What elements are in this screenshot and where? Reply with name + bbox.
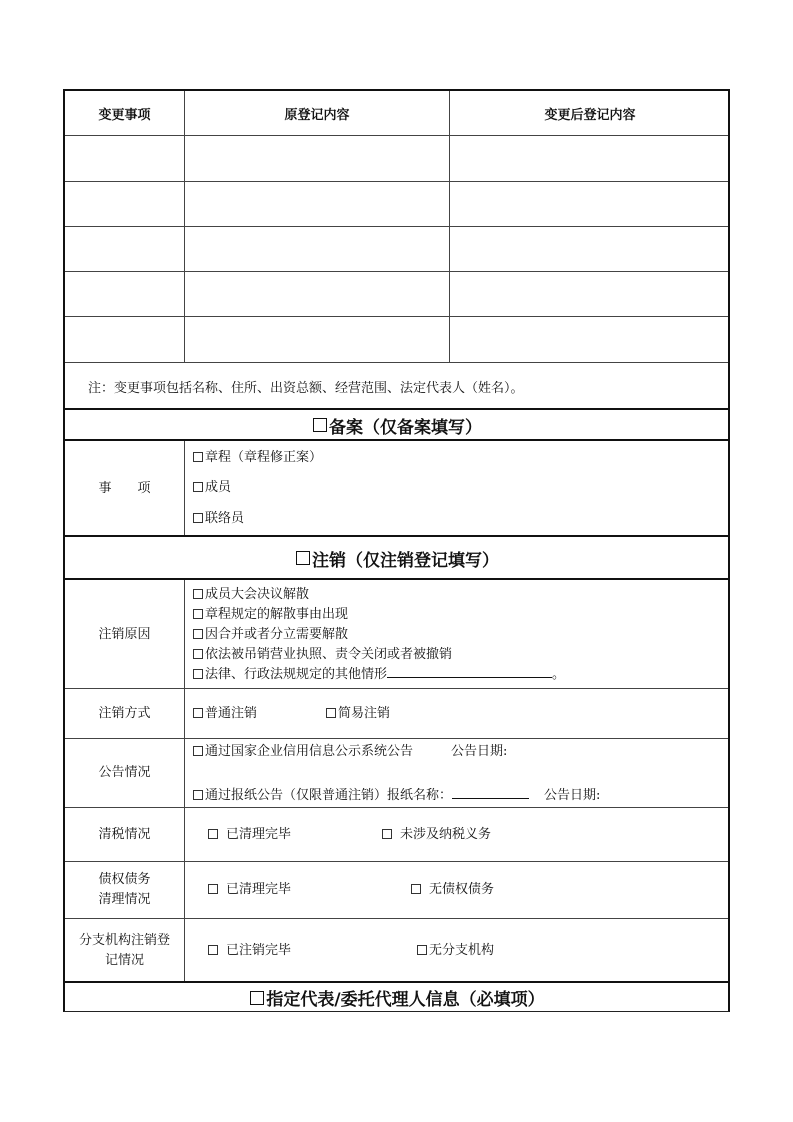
option-label: 章程规定的解散事由出现 [205,607,348,622]
tax-clearance-options: 已清理完毕 未涉及纳税义务 [208,808,728,861]
tax-clearance-label: 清税情况 [65,808,184,861]
change-row-3-item[interactable] [65,227,184,272]
cancellation-section-checkbox[interactable] [296,551,310,565]
change-row-5-original[interactable] [185,317,449,362]
change-row-1-new[interactable] [450,136,730,181]
checkbox-icon[interactable] [193,589,203,599]
change-row-1-original[interactable] [185,136,449,181]
option-label: 成员大会决议解散 [205,587,309,602]
checkbox-icon[interactable] [193,513,203,523]
checkbox-icon[interactable] [326,708,336,718]
branch-cancellation-label: 分支机构注销登 记情况 [65,919,184,982]
cancellation-section-title: 注销（仅注销登记填写） [312,546,499,571]
tax-option-cleared[interactable]: 已清理完毕 [208,825,382,845]
checkbox-icon[interactable] [193,609,203,619]
option-label: 已清理完毕 [226,882,291,897]
option-label: 普通注销 [205,706,257,721]
agent-section-title: 指定代表/委托代理人信息（必填项） [266,985,544,1010]
cancellation-method-options: 普通注销 简易注销 [193,689,723,738]
change-row-2-item[interactable] [65,182,184,227]
option-label: 联络员 [205,511,244,526]
checkbox-icon[interactable] [193,790,203,800]
checkbox-icon[interactable] [208,829,218,839]
checkbox-icon[interactable] [193,746,203,756]
filing-options: 章程（章程修正案） 成员 联络员 [193,441,723,536]
debt-option-cleared[interactable]: 已清理完毕 [208,880,411,900]
announcement-options: 通过国家企业信用信息公示系统公告公告日期: 通过报纸公告（仅限普通注销）报纸名称… [193,739,728,807]
filing-option-articles[interactable]: 章程（章程修正案） [193,448,322,468]
cancellation-section-header[interactable]: 注销（仅注销登记填写） [65,537,730,579]
change-row-1-item[interactable] [65,136,184,181]
method-option-normal[interactable]: 普通注销 [193,704,326,724]
checkbox-icon[interactable] [193,452,203,462]
change-row-4-new[interactable] [450,272,730,317]
agent-section-header[interactable]: 指定代表/委托代理人信息（必填项） [65,983,730,1012]
branch-option-none[interactable]: 无分支机构 [417,941,494,961]
cancellation-reason-label: 注销原因 [65,580,184,689]
form-table: 变更事项 原登记内容 变更后登记内容 注：变更事项包括名称、住所、出资总额、经营… [63,89,730,1012]
checkbox-icon[interactable] [193,669,203,679]
checkbox-icon[interactable] [382,829,392,839]
reason-option-articles-cause[interactable]: 章程规定的解散事由出现 [193,605,348,625]
form-page: 变更事项 原登记内容 变更后登记内容 注：变更事项包括名称、住所、出资总额、经营… [0,0,793,1122]
checkbox-icon[interactable] [208,945,218,955]
header-change-item: 变更事项 [65,91,184,136]
change-row-5-new[interactable] [450,317,730,362]
option-label: 依法被吊销营业执照、责令关闭或者被撤销 [205,647,452,662]
reason-option-merger-split[interactable]: 因合并或者分立需要解散 [193,625,348,645]
change-row-3-new[interactable] [450,227,730,272]
checkbox-icon[interactable] [208,884,218,894]
tax-option-none[interactable]: 未涉及纳税义务 [382,825,491,845]
debt-option-none[interactable]: 无债权债务 [411,880,494,900]
reason-option-revoked[interactable]: 依法被吊销营业执照、责令关闭或者被撤销 [193,645,452,665]
option-label: 已清理完毕 [226,827,291,842]
filing-section-checkbox[interactable] [313,418,327,432]
label-line: 分支机构注销登 [79,931,170,951]
debt-clearance-options: 已清理完毕 无债权债务 [208,862,728,918]
option-label: 章程（章程修正案） [205,450,322,465]
checkbox-icon[interactable] [193,708,203,718]
filing-option-members[interactable]: 成员 [193,478,231,498]
option-label: 未涉及纳税义务 [400,827,491,842]
reason-option-member-resolution[interactable]: 成员大会决议解散 [193,585,309,605]
option-label: 法律、行政法规规定的其他情形 [205,667,387,682]
option-label: 成员 [205,480,231,495]
announcement-option-gsxt[interactable]: 通过国家企业信用信息公示系统公告公告日期: [193,742,507,762]
announcement-option-newspaper[interactable]: 通过报纸公告（仅限普通注销）报纸名称：公告日期: [193,786,600,806]
label-line: 记情况 [105,951,144,971]
filing-section-header[interactable]: 备案（仅备案填写） [65,410,730,440]
checkbox-icon[interactable] [193,649,203,659]
filing-section-title: 备案（仅备案填写） [329,413,482,438]
change-row-3-original[interactable] [185,227,449,272]
change-row-5-item[interactable] [65,317,184,362]
branch-option-cancelled[interactable]: 已注销完毕 [208,941,417,961]
header-new-content: 变更后登记内容 [450,91,730,136]
announcement-date-label: 公告日期: [451,744,507,759]
column-divider [184,580,185,982]
branch-cancellation-options: 已注销完毕 无分支机构 [208,919,728,982]
reason-option-other[interactable]: 法律、行政法规规定的其他情形。 [193,665,565,685]
change-row-2-new[interactable] [450,182,730,227]
change-row-4-item[interactable] [65,272,184,317]
change-row-2-original[interactable] [185,182,449,227]
announcement-date-label: 公告日期: [544,788,600,803]
option-label: 无分支机构 [429,943,494,958]
label-line: 清理情况 [98,890,150,910]
header-original-content: 原登记内容 [185,91,449,136]
option-label: 简易注销 [338,706,390,721]
checkbox-icon[interactable] [411,884,421,894]
checkbox-icon[interactable] [193,482,203,492]
change-row-4-original[interactable] [185,272,449,317]
option-label: 通过国家企业信用信息公示系统公告 [205,744,413,759]
checkbox-icon[interactable] [193,629,203,639]
option-label: 通过报纸公告（仅限普通注销）报纸名称： [205,788,452,803]
method-option-simple[interactable]: 简易注销 [326,704,390,724]
debt-clearance-label: 债权债务 清理情况 [65,862,184,918]
announcement-label: 公告情况 [65,739,184,807]
filing-items-label: 事 项 [65,441,184,536]
option-label: 无债权债务 [429,882,494,897]
change-note: 注：变更事项包括名称、住所、出资总额、经营范围、法定代表人（姓名）。 [65,363,730,409]
column-divider [184,441,185,536]
newspaper-name-input[interactable] [452,786,529,799]
period: 。 [552,667,565,682]
agent-section-checkbox[interactable] [250,991,264,1005]
filing-option-liaison[interactable]: 联络员 [193,509,244,529]
checkbox-icon[interactable] [417,945,427,955]
cancellation-method-label: 注销方式 [65,689,184,738]
label-line: 债权债务 [98,870,150,890]
other-reason-input[interactable] [387,665,552,678]
cancellation-reason-options: 成员大会决议解散 章程规定的解散事由出现 因合并或者分立需要解散 依法被吊销营业… [193,580,723,689]
option-label: 因合并或者分立需要解散 [205,627,348,642]
option-label: 已注销完毕 [226,943,291,958]
